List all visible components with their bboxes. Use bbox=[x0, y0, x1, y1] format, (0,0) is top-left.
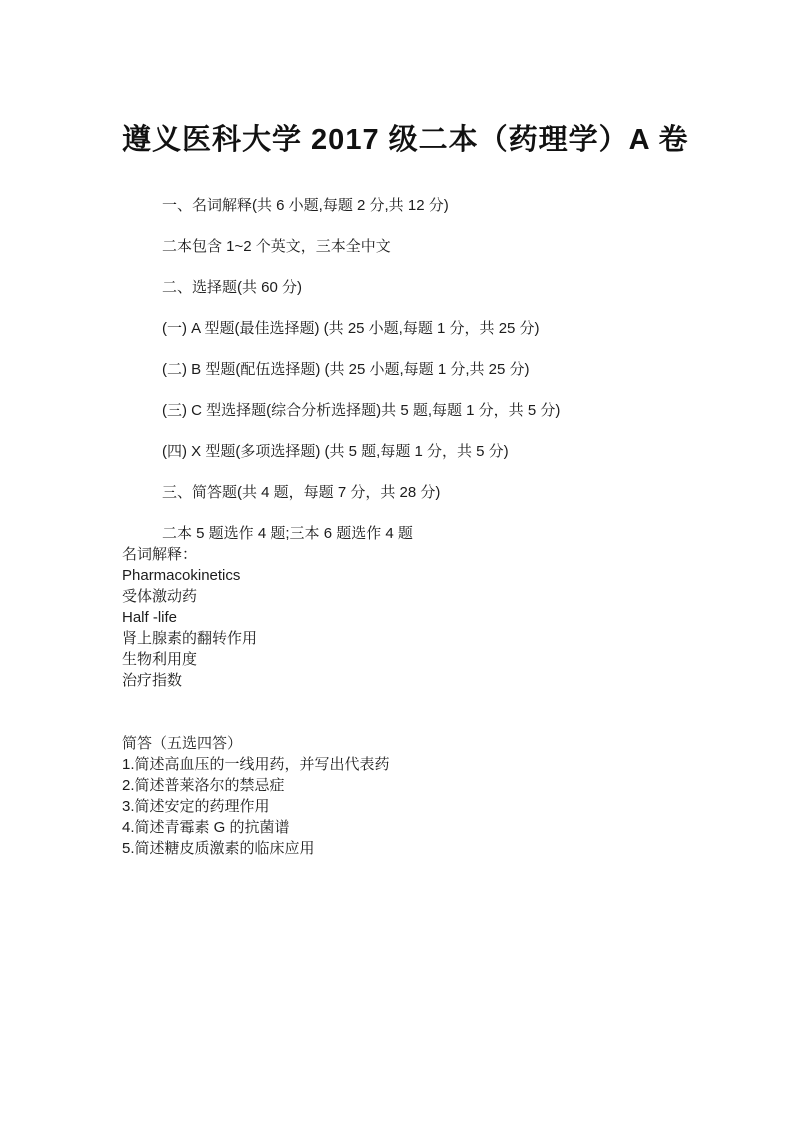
outline-paragraph-terms-note: 二本包含 1~2 个英文，三本全中文 bbox=[162, 237, 793, 257]
document-title: 遵义医科大学 2017 级二本（药理学）A 卷 bbox=[122, 0, 703, 162]
document-page: 遵义医科大学 2017 级二本（药理学）A 卷 一、名词解释(共 6 小题,每题… bbox=[0, 0, 793, 1122]
outline-paragraph-multiple-choice: 二、选择题(共 60 分) bbox=[162, 278, 793, 298]
short-answer-item-1: 1.简述高血压的一线用药，并写出代表药 bbox=[122, 754, 793, 775]
term-item-therapeutic-index: 治疗指数 bbox=[122, 670, 793, 691]
term-item-receptor-agonist: 受体激动药 bbox=[122, 586, 793, 607]
outline-paragraph-type-x: (四) X 型题(多项选择题) (共 5 题,每题 1 分，共 5 分) bbox=[162, 442, 793, 462]
outline-paragraph-terms-definition: 一、名词解释(共 6 小题,每题 2 分,共 12 分) bbox=[162, 196, 793, 216]
outline-paragraph-selection-note: 二本 5 题选作 4 题;三本 6 题选作 4 题 bbox=[162, 524, 793, 544]
terms-heading: 名词解释： bbox=[122, 544, 793, 565]
short-answer-heading: 简答（五选四答） bbox=[122, 733, 793, 754]
term-item-bioavailability: 生物利用度 bbox=[122, 649, 793, 670]
outline-paragraph-short-answer: 三、简答题(共 4 题，每题 7 分，共 28 分) bbox=[162, 483, 793, 503]
short-answer-item-4: 4.简述青霉素 G 的抗菌谱 bbox=[122, 817, 793, 838]
term-item-adrenaline-reversal: 肾上腺素的翻转作用 bbox=[122, 628, 793, 649]
outline-paragraph-type-c: (三) C 型选择题(综合分析选择题)共 5 题,每题 1 分，共 5 分) bbox=[162, 401, 793, 421]
outline-paragraph-type-b: (二) B 型题(配伍选择题) (共 25 小题,每题 1 分,共 25 分) bbox=[162, 360, 793, 380]
term-item-half-life: Half -life bbox=[122, 607, 793, 628]
term-item-pharmacokinetics: Pharmacokinetics bbox=[122, 565, 793, 586]
short-answer-item-5: 5.简述糖皮质激素的临床应用 bbox=[122, 838, 793, 859]
outline-paragraph-type-a: (一) A 型题(最佳选择题) (共 25 小题,每题 1 分，共 25 分) bbox=[162, 319, 793, 339]
short-answer-item-2: 2.简述普莱洛尔的禁忌症 bbox=[122, 775, 793, 796]
short-answer-item-3: 3.简述安定的药理作用 bbox=[122, 796, 793, 817]
